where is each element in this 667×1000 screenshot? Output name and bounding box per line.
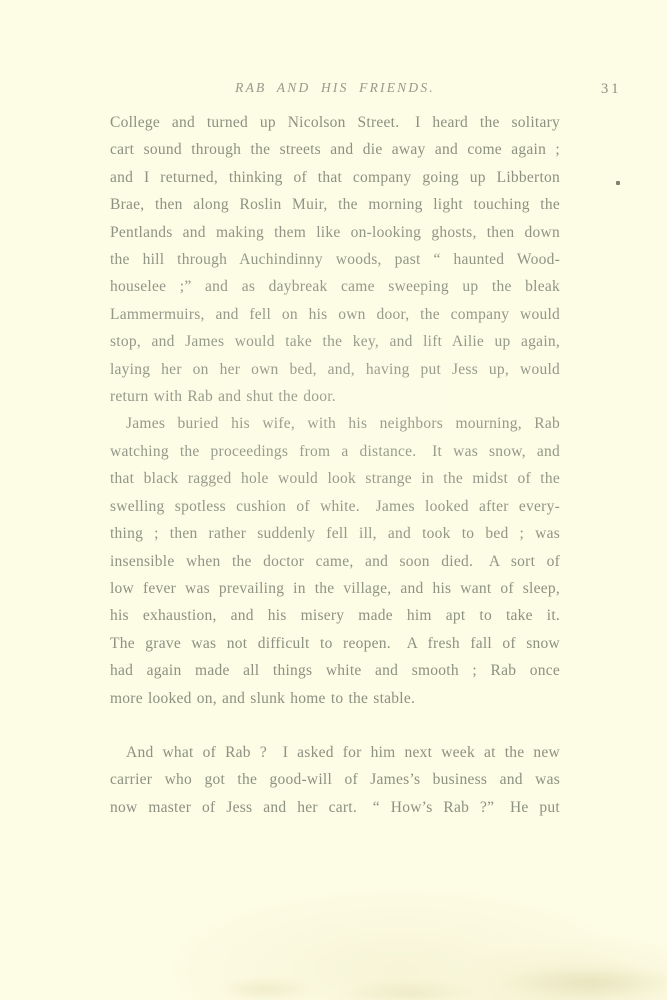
text-line: swelling spotless cushion of white. Jame… [110,493,560,520]
text-line: And what of Rab ? I asked for him next w… [110,739,560,766]
text-line: laying her on her own bed, and, having p… [110,356,560,383]
text-line: Lammermuirs, and fell on his own door, t… [110,301,560,328]
text-line: College and turned up Nicolson Street. I… [110,109,560,136]
text-line: stop, and James would take the key, and … [110,328,560,355]
running-title: RAB AND HIS FRIENDS. [235,80,435,95]
ink-speck [616,181,620,185]
text-line: thing ; then rather suddenly fell ill, a… [110,520,560,547]
text-line: Brae, then along Roslin Muir, the mornin… [110,191,560,218]
body-text: College and turned up Nicolson Street. I… [110,109,560,821]
text-line: had again made all things white and smoo… [110,657,560,684]
text-line: and I returned, thinking of that company… [110,164,560,191]
book-page: RAB AND HIS FRIENDS. 31 College and turn… [0,0,667,1000]
text-line: more looked on, and slunk home to the st… [110,685,560,712]
text-line: now master of Jess and her cart. “ How’s… [110,794,560,821]
text-line: low fever was prevailing in the village,… [110,575,560,602]
text-line: that black ragged hole would look strang… [110,465,560,492]
page-number: 31 [601,81,622,98]
text-line: carrier who got the good-will of James’s… [110,766,560,793]
text-line: cart sound through the streets and die a… [110,136,560,163]
text-line: James buried his wife, with his neighbor… [110,410,560,437]
text-line: insensible when the doctor came, and soo… [110,548,560,575]
text-line: Pentlands and making them like on-lookin… [110,219,560,246]
text-line: houselee ;” and as daybreak came sweepin… [110,273,560,300]
text-line: his exhaustion, and his misery made him … [110,602,560,629]
text-line: watching the proceedings from a distance… [110,438,560,465]
text-line: The grave was not difficult to reopen. A… [110,630,560,657]
scan-shading [130,956,667,1000]
text-line: return with Rab and shut the door. [110,383,560,410]
page-header: RAB AND HIS FRIENDS. [110,79,560,97]
text-line: the hill through Auchindinny woods, past… [110,246,560,273]
